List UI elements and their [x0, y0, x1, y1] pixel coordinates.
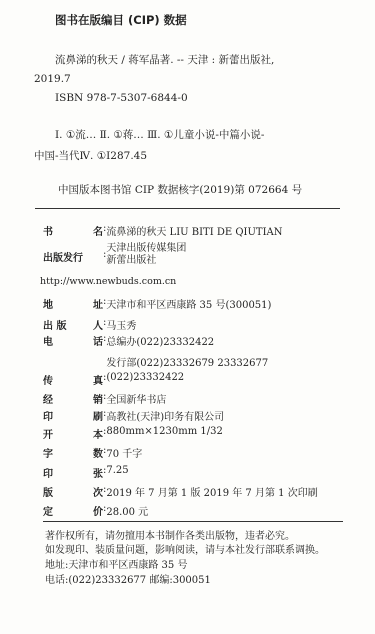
- divider-bottom: [43, 521, 343, 522]
- detail-publisher: 出版发行 : 天津出版传媒集团 新蕾出版社: [43, 243, 186, 267]
- divider-top: [35, 208, 340, 209]
- value: 880mm×1230mm 1/32: [106, 426, 222, 437]
- value2: 发行部(022)23332679 23332677: [106, 354, 268, 369]
- label: 刷: [93, 408, 103, 423]
- label: 版: [43, 484, 53, 499]
- label: 名: [93, 223, 103, 238]
- label: 数: [93, 445, 103, 460]
- label: 电: [43, 333, 53, 348]
- label: 经: [43, 391, 53, 406]
- value: 28.00 元: [106, 503, 148, 518]
- cip-class1: Ⅰ. ①流… Ⅱ. ①蒋… Ⅲ. ①儿童小说-中篇小说-: [55, 127, 264, 142]
- detail-word-count: 字数 :70 千字: [43, 445, 142, 460]
- cip-title: 图书在版编目 (CIP) 数据: [55, 12, 187, 28]
- cip-record: 中国版本图书馆 CIP 数据核字(2019)第 072664 号: [58, 182, 302, 197]
- detail-printer: 印刷 :高教社(天津)印务有限公司: [43, 408, 224, 423]
- value: 天津市和平区西康路 35 号(300051): [106, 296, 271, 311]
- detail-publisher-person: 出 版人 :马玉秀: [43, 317, 136, 332]
- cip-line1: 流鼻涕的秋天 / 蒋军晶著. -- 天津 : 新蕾出版社,: [55, 52, 274, 67]
- detail-price: 定价 :28.00 元: [43, 503, 148, 518]
- value: (022)23332422: [106, 372, 184, 383]
- value: 流鼻涕的秋天 LIU BITI DE QIUTIAN: [106, 223, 282, 238]
- label: 开: [43, 426, 53, 441]
- detail-sheets: 印张 :7.25: [43, 465, 129, 480]
- label: 真: [93, 372, 103, 387]
- value: 总编办(022)23332422: [106, 333, 268, 348]
- label: 字: [43, 445, 53, 460]
- label: 价: [93, 503, 103, 518]
- label: 出 版: [43, 317, 66, 332]
- label: 定: [43, 503, 53, 518]
- label: 本: [93, 426, 103, 441]
- detail-edition: 版次 :2019 年 7 月第 1 版 2019 年 7 月第 1 次印刷: [43, 484, 318, 499]
- value: 马玉秀: [106, 317, 136, 332]
- value2: 新蕾出版社: [106, 255, 186, 267]
- cip-line2: 2019.7: [34, 73, 71, 85]
- label: 话: [93, 333, 103, 348]
- value: 7.25: [106, 465, 128, 476]
- label: 人: [93, 317, 103, 332]
- label: 印: [43, 465, 53, 480]
- value: 2019 年 7 月第 1 版 2019 年 7 月第 1 次印刷: [106, 484, 317, 499]
- label: 址: [93, 296, 103, 311]
- label: 书: [43, 223, 53, 238]
- detail-format: 开本 :880mm×1230mm 1/32: [43, 426, 223, 441]
- detail-distributor: 经销 :全国新华书店: [43, 391, 166, 406]
- footer-copyright: 著作权所有，请勿擅用本书制作各类出版物，违者必究。: [45, 527, 295, 542]
- detail-fax: 传真 :(022)23332422: [43, 372, 184, 387]
- detail-phone: 电话 : 总编办(022)23332422 发行部(022)23332679 2…: [43, 333, 268, 369]
- footer-quality: 如发现印、装质量问题，影响阅读，请与本社发行部联系调换。: [45, 541, 325, 556]
- label: 次: [93, 484, 103, 499]
- value: 70 千字: [106, 445, 142, 460]
- label: 出版发行: [43, 249, 83, 264]
- publisher-url[interactable]: http://www.newbuds.com.cn: [40, 276, 176, 287]
- label: 张: [93, 465, 103, 480]
- value: 天津出版传媒集团: [106, 243, 186, 255]
- label: 印: [43, 408, 53, 423]
- detail-address: 地址 :天津市和平区西康路 35 号(300051): [43, 296, 271, 311]
- detail-title: 书名 :流鼻涕的秋天 LIU BITI DE QIUTIAN: [43, 223, 283, 238]
- value: 全国新华书店: [106, 391, 166, 406]
- label: 销: [93, 391, 103, 406]
- value: 高教社(天津)印务有限公司: [106, 408, 224, 423]
- label: 地: [43, 296, 53, 311]
- cip-isbn: ISBN 978-7-5307-6844-0: [55, 92, 188, 104]
- footer-contact: 电话:(022)23332677 邮编:300051: [45, 571, 211, 586]
- footer-address: 地址:天津市和平区西康路 35 号: [45, 556, 187, 571]
- cip-class2: 中国-当代Ⅳ. ①I287.45: [34, 148, 147, 163]
- label: 传: [43, 372, 53, 387]
